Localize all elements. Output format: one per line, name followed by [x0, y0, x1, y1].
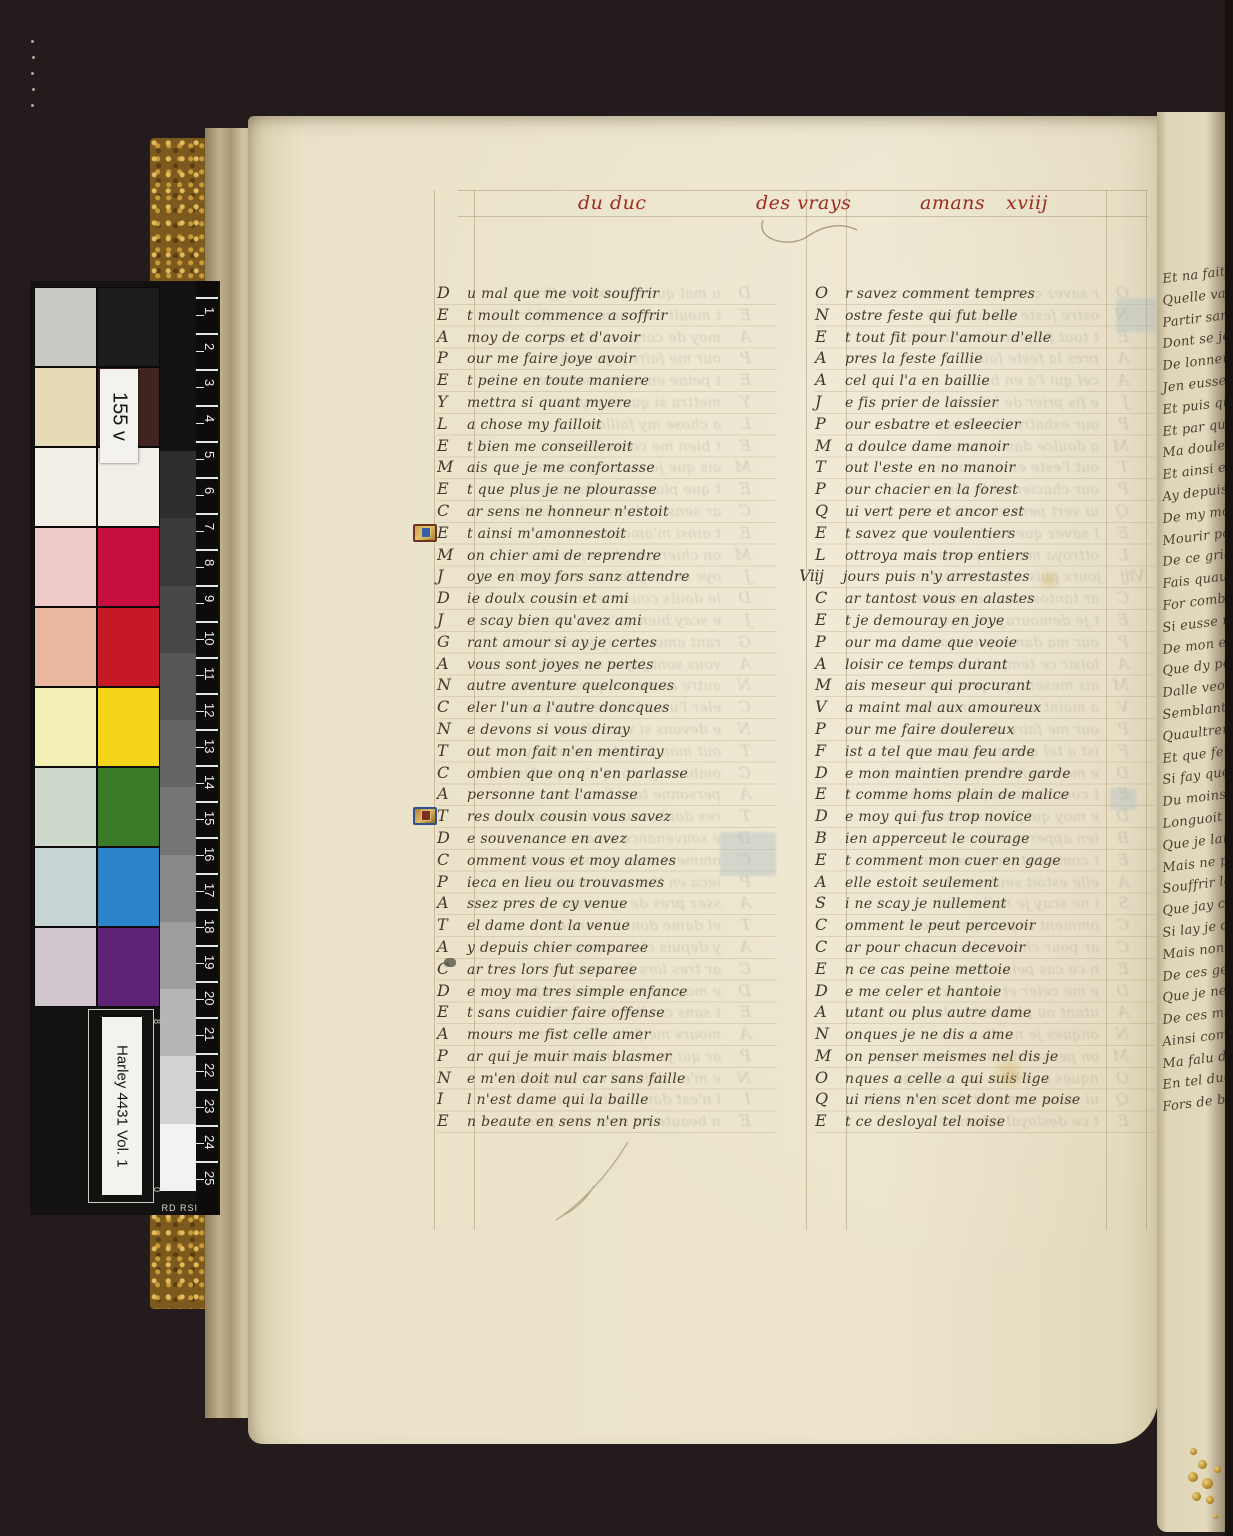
verse-line: Amours me fist celle amer: [437, 1024, 777, 1046]
verse-line: Et bien me conseilleroit: [437, 436, 777, 458]
verse-text: e me celer et hantoie: [845, 984, 1002, 1000]
verse-text: res doulx cousin vous savez: [467, 809, 671, 825]
versal-initial: T: [437, 741, 467, 760]
verse-text: mours me fist celle amer: [467, 1027, 651, 1043]
ruler-segment: 21: [196, 1017, 218, 1053]
verse-line: Ma doulce dame manoir: [815, 436, 1155, 458]
verse-line: Nautre aventure quelconques: [437, 675, 777, 697]
verse-line: Et je demouray en joye: [815, 610, 1155, 632]
verse-line: Tres doulx cousin vous savez: [437, 806, 777, 828]
repair-patch: [1116, 298, 1156, 332]
verse-line: Grant amour si ay je certes: [437, 632, 777, 654]
grayscale-step: [160, 922, 196, 989]
verse-text: e moy qui fus trop novice: [845, 809, 1032, 825]
verse-line: En beaute en sens n'en pris: [437, 1111, 777, 1133]
versal-initial: E: [815, 523, 845, 542]
gilt-dot: [1198, 1460, 1207, 1469]
verse-text: our chacier en la forest: [845, 482, 1018, 498]
color-patch: [97, 847, 160, 927]
versal-initial: T: [437, 806, 467, 825]
illuminated-initial: [413, 807, 437, 825]
versal-initial: D: [437, 981, 467, 1000]
versal-initial: Viij: [799, 566, 843, 585]
grayscale-step: [160, 451, 196, 518]
color-patch: [97, 927, 160, 1007]
gilt-dot: [1188, 1472, 1198, 1482]
versal-initial: C: [437, 959, 467, 978]
versal-initial: E: [815, 850, 845, 869]
verse-line: Lottroya mais trop entiers: [815, 545, 1155, 567]
verse-line: Viijjours puis n'y arrestastes: [815, 566, 1155, 588]
shelfmark-sticker: Harley 4431 Vol. 1: [102, 1017, 142, 1195]
versal-initial: C: [437, 501, 467, 520]
illuminated-initial: [413, 524, 437, 542]
verse-text: t bien me conseilleroit: [467, 439, 633, 455]
versal-initial: J: [437, 566, 467, 585]
versal-initial: Q: [815, 1089, 845, 1108]
color-patch-row: [34, 767, 160, 847]
verse-text: el dame dont la venue: [467, 918, 630, 934]
verse-line: Pour me faire doulereux: [815, 719, 1155, 741]
verse-text: t ce desloyal tel noise: [845, 1114, 1005, 1130]
versal-initial: N: [437, 675, 467, 694]
verse-line: Celer l'un a l'autre doncques: [437, 697, 777, 719]
grayscale-step: [160, 1056, 196, 1123]
ruler-segment: 18: [196, 909, 218, 945]
verse-text: ie doulx cousin et ami: [467, 591, 629, 607]
verse-text: i ne scay je nullement: [845, 896, 1007, 912]
ruler-segment: 2: [196, 333, 218, 369]
versal-initial: A: [437, 893, 467, 912]
next-folio-text-fragments: Et na fait etQuelle valouPartir sansDont…: [1163, 272, 1227, 1122]
gilt-dot: [1214, 1466, 1221, 1473]
versal-initial: A: [815, 654, 845, 673]
ruler-segment: 14: [196, 765, 218, 801]
versal-initial: E: [437, 436, 467, 455]
color-patch: [34, 367, 97, 447]
versal-initial: F: [815, 741, 845, 760]
versal-initial: T: [437, 915, 467, 934]
versal-initial: B: [815, 828, 845, 847]
repair-patch: [1110, 788, 1136, 810]
verse-line: Car sens ne honneur n'estoit: [437, 501, 777, 523]
versal-initial: P: [437, 348, 467, 367]
verse-line: Et sans cuidier faire offense: [437, 1002, 777, 1024]
versal-initial: V: [815, 697, 845, 716]
verse-line: Tel dame dont la venue: [437, 915, 777, 937]
versal-initial: Y: [437, 392, 467, 411]
versal-initial: A: [437, 784, 467, 803]
verse-text: e devons si vous diray: [467, 722, 630, 738]
verse-line: Qui riens n'en scet dont me poise: [815, 1089, 1155, 1111]
verse-line: Ne m'en doit nul car sans faille: [437, 1068, 777, 1090]
grayscale-step: [160, 720, 196, 787]
verse-line: Qui vert pere et ancor est: [815, 501, 1155, 523]
versal-initial: A: [815, 370, 845, 389]
versal-initial: C: [437, 850, 467, 869]
verse-text: moy de corps et d'avoir: [467, 330, 640, 346]
versal-initial: A: [437, 937, 467, 956]
versal-initial: A: [815, 348, 845, 367]
folio-sticker: 155 v: [100, 369, 138, 463]
versal-initial: M: [815, 436, 845, 455]
ruler-segment: 19: [196, 945, 218, 981]
verse-line: Pour ma dame que veoie: [815, 632, 1155, 654]
verse-line: Va maint mal aux amoureux: [815, 697, 1155, 719]
ruler-segment: 13: [196, 729, 218, 765]
color-calibration-bar: 1234567891011121314151617181920212223242…: [30, 281, 220, 1215]
versal-initial: C: [815, 937, 845, 956]
verse-line: Car pour chacun decevoir: [815, 937, 1155, 959]
repair-patch: [720, 832, 776, 876]
pen-flourish: [753, 212, 863, 252]
verse-text: our me faire doulereux: [845, 722, 1015, 738]
versal-initial: M: [815, 675, 845, 694]
color-patch: [34, 287, 97, 367]
verse-line: Mais que je me confortasse: [437, 457, 777, 479]
verse-text: pres la feste faillie: [845, 351, 983, 367]
color-patch: [34, 847, 97, 927]
verse-text: n beaute en sens n'en pris: [467, 1114, 661, 1130]
verse-text: t comme homs plain de malice: [845, 787, 1070, 803]
verse-line: Et comme homs plain de malice: [815, 784, 1155, 806]
film-mark: [31, 72, 34, 75]
versal-initial: E: [815, 1111, 845, 1130]
manuscript-page: du duc des vrays amans xviij Du mal que …: [248, 116, 1158, 1444]
gilt-dot: [1213, 1514, 1218, 1519]
verse-line: Car tres lors fut separee: [437, 959, 777, 981]
verse-text: ombien que onq n'en parlasse: [467, 766, 688, 782]
color-patch-row: [34, 687, 160, 767]
ruler-segment: 24: [196, 1125, 218, 1161]
verse-line: Tout mon fait n'en mentiray: [437, 741, 777, 763]
verse-text: our esbatre et esleecier: [845, 417, 1021, 433]
versal-initial: E: [437, 305, 467, 324]
ruler-segment: 3: [196, 369, 218, 405]
film-mark: [31, 104, 34, 107]
verse-line: Et tout fit pour l'amour d'elle: [815, 327, 1155, 349]
versal-initial: E: [815, 610, 845, 629]
gilt-dot: [1202, 1478, 1213, 1489]
verse-line: La chose my failloit: [437, 414, 777, 436]
verse-text: t ainsi m'amonnestoit: [467, 526, 626, 542]
verse-line: Apres la feste faillie: [815, 348, 1155, 370]
verse-line: De me celer et hantoie: [815, 981, 1155, 1003]
versal-initial: A: [437, 1024, 467, 1043]
color-patch: [34, 527, 97, 607]
versal-initial: D: [437, 283, 467, 302]
verse-line: Apersonne tant l'amasse: [437, 784, 777, 806]
ruler-segment: 25: [196, 1161, 218, 1197]
next-folio-edge: Et na fait etQuelle valouPartir sansDont…: [1157, 112, 1227, 1532]
verse-line: Combien que onq n'en parlasse: [437, 763, 777, 785]
verse-text: t tout fit pour l'amour d'elle: [845, 330, 1051, 346]
verse-line: Bien apperceut le courage: [815, 828, 1155, 850]
ruler-segment: 12: [196, 693, 218, 729]
verse-text: ar pour chacun decevoir: [845, 940, 1025, 956]
verse-line: Autant ou plus autre dame: [815, 1002, 1155, 1024]
verse-line: Nonques je ne dis a ame: [815, 1024, 1155, 1046]
color-patches: [34, 287, 160, 1007]
ruler-segment: 16: [196, 837, 218, 873]
verse-text: ais que je me confortasse: [467, 460, 655, 476]
verse-text: nques a celle a qui suis lige: [845, 1071, 1049, 1087]
verse-text: ieca en lieu ou trouvasmes: [467, 875, 665, 891]
ruler-segment: 7: [196, 513, 218, 549]
versal-initial: P: [815, 632, 845, 651]
ruling-line: [458, 190, 1148, 191]
verse-text: eler l'un a l'autre doncques: [467, 700, 670, 716]
verse-text: e fis prier de laissier: [845, 395, 998, 411]
versal-initial: P: [437, 872, 467, 891]
verse-line: Amoy de corps et d'avoir: [437, 327, 777, 349]
verse-line: Avous sont joyes ne pertes: [437, 654, 777, 676]
verse-text: omment le peut percevoir: [845, 918, 1036, 934]
verse-text: e m'en doit nul car sans faille: [467, 1071, 686, 1087]
verse-text: t moult commence a soffrir: [467, 308, 667, 324]
verse-text: t sans cuidier faire offense: [467, 1005, 665, 1021]
verse-line: Mon penser meismes nel dis je: [815, 1046, 1155, 1068]
verse-text: e scay bien qu'avez ami: [467, 613, 642, 629]
color-patch-row: [34, 367, 160, 447]
color-patch-row: [34, 447, 160, 527]
verse-text: t je demouray en joye: [845, 613, 1005, 629]
color-patch: [34, 687, 97, 767]
verse-line: Aelle estoit seulement: [815, 872, 1155, 894]
versal-initial: N: [437, 719, 467, 738]
verse-text: ottroya mais trop entiers: [845, 548, 1029, 564]
verse-text: out mon fait n'en mentiray: [467, 744, 664, 760]
verse-text: mettra si quant myere: [467, 395, 632, 411]
versal-initial: I: [437, 1089, 467, 1108]
film-mark: [32, 88, 35, 91]
ruler-scale: 1234567891011121314151617181920212223242…: [196, 281, 218, 1215]
verse-text: jours puis n'y arrestastes: [843, 569, 1030, 585]
verse-text: our me faire joye avoir: [467, 351, 635, 367]
verse-text: a doulce dame manoir: [845, 439, 1009, 455]
versal-initial: L: [815, 545, 845, 564]
verse-text: utant ou plus autre dame: [845, 1005, 1032, 1021]
color-patch: [34, 927, 97, 1007]
verse-text: t que plus je ne plourasse: [467, 482, 657, 498]
versal-initial: P: [815, 414, 845, 433]
verse-text: ar sens ne honneur n'estoit: [467, 504, 669, 520]
verse-text: ostre feste qui fut belle: [845, 308, 1018, 324]
verse-line: Fist a tel que mau feu arde: [815, 741, 1155, 763]
verse-line: Ay depuis chier comparee: [437, 937, 777, 959]
grayscale-step: [160, 855, 196, 922]
verse-line: Pour me faire joye avoir: [437, 348, 777, 370]
verse-text: elle estoit seulement: [845, 875, 999, 891]
running-title-amans: amans: [920, 192, 985, 214]
verse-line: De mon maintien prendre garde: [815, 763, 1155, 785]
color-patch: [34, 767, 97, 847]
color-patch: [97, 287, 160, 367]
grayscale-step: [160, 989, 196, 1056]
versal-initial: C: [815, 588, 845, 607]
versal-initial: Q: [815, 501, 845, 520]
versal-initial: E: [815, 327, 845, 346]
versal-initial: M: [815, 1046, 845, 1065]
verse-line: Du mal que me voit souffrir: [437, 283, 777, 305]
verse-text: e moy ma tres simple enfance: [467, 984, 688, 1000]
versal-initial: C: [815, 915, 845, 934]
color-patch-row: [34, 527, 160, 607]
versal-initial: J: [815, 392, 845, 411]
verse-text: rant amour si ay je certes: [467, 635, 657, 651]
versal-initial: A: [437, 327, 467, 346]
verse-line: Et peine en toute maniere: [437, 370, 777, 392]
running-title-du-duc: du duc: [578, 192, 646, 214]
versal-initial: E: [815, 959, 845, 978]
verse-line: Tout l'este en no manoir: [815, 457, 1155, 479]
verse-line: Ymettra si quant myere: [437, 392, 777, 414]
color-patch-row: [34, 607, 160, 687]
grayscale-step: [160, 653, 196, 720]
verse-text: omment vous et moy alames: [467, 853, 676, 869]
versal-initial: D: [437, 588, 467, 607]
versal-initial: D: [437, 828, 467, 847]
versal-initial: D: [815, 763, 845, 782]
color-patch-row: [34, 927, 160, 1007]
versal-initial: E: [437, 1002, 467, 1021]
versal-initial: E: [437, 523, 467, 542]
grayscale-strip: [160, 451, 196, 1191]
grayscale-step: [160, 518, 196, 585]
verse-text: out l'este en no manoir: [845, 460, 1015, 476]
verse-line: Aloisir ce temps durant: [815, 654, 1155, 676]
verse-text: on chier ami de reprendre: [467, 548, 661, 564]
verse-line: Et savez que voulentiers: [815, 523, 1155, 545]
versal-initial: O: [815, 1068, 845, 1087]
verse-text: y depuis chier comparee: [467, 940, 648, 956]
versal-initial: A: [437, 654, 467, 673]
verse-line: Par qui je muir mais blasmer: [437, 1046, 777, 1068]
versal-initial: E: [437, 479, 467, 498]
versal-initial: N: [815, 1024, 845, 1043]
ruler-segment: 22: [196, 1053, 218, 1089]
verse-text: t peine en toute maniere: [467, 373, 649, 389]
verse-line: Nostre feste qui fut belle: [815, 305, 1155, 327]
ruler-segment: 23: [196, 1089, 218, 1125]
verse-line: Onques a celle a qui suis lige: [815, 1068, 1155, 1090]
verse-text: ien apperceut le courage: [845, 831, 1030, 847]
color-patch-row: [34, 287, 160, 367]
verse-text: ui riens n'en scet dont me poise: [845, 1092, 1081, 1108]
color-patch: [97, 607, 160, 687]
verse-text: t savez que voulentiers: [845, 526, 1016, 542]
versal-initial: M: [437, 545, 467, 564]
color-patch: [97, 687, 160, 767]
verse-text: cel qui l'a en baillie: [845, 373, 990, 389]
verse-line: Die doulx cousin et ami: [437, 588, 777, 610]
film-mark: [31, 40, 34, 43]
verse-line: Je scay bien qu'avez ami: [437, 610, 777, 632]
verse-text: ui vert pere et ancor est: [845, 504, 1024, 520]
versal-initial: A: [815, 872, 845, 891]
gilt-dot: [1206, 1496, 1214, 1504]
versal-initial: E: [815, 784, 845, 803]
verse-line: Mon chier ami de reprendre: [437, 545, 777, 567]
grayscale-step: [160, 586, 196, 653]
verse-text: a chose my failloit: [467, 417, 602, 433]
ruler-segment: 6: [196, 477, 218, 513]
photo-backdrop-edge: [1225, 0, 1233, 1536]
ruler-segment: 15: [196, 801, 218, 837]
verse-text: ar tantost vous en alastes: [845, 591, 1035, 607]
verse-line: Ne devons si vous diray: [437, 719, 777, 741]
versal-initial: A: [815, 1002, 845, 1021]
versal-initial: N: [815, 305, 845, 324]
versal-initial: C: [437, 763, 467, 782]
verse-line: Joye en moy fors sanz attendre: [437, 566, 777, 588]
pen-flourish: [548, 1136, 668, 1226]
verse-text: n ce cas peine mettoie: [845, 962, 1011, 978]
verse-text: loisir ce temps durant: [845, 657, 1008, 673]
ruler-segment: 11: [196, 657, 218, 693]
verse-line: Et que plus je ne plourasse: [437, 479, 777, 501]
verse-text: r savez comment tempres: [845, 286, 1035, 302]
verse-line: Je fis prier de laissier: [815, 392, 1155, 414]
versal-initial: P: [437, 1046, 467, 1065]
verse-line: Et ce desloyal tel noise: [815, 1111, 1155, 1133]
verse-text: our ma dame que veoie: [845, 635, 1017, 651]
verse-text: t comment mon cuer en gage: [845, 853, 1061, 869]
ruler-segment: 4: [196, 405, 218, 441]
manuscript-photo: du duc des vrays amans xviij Du mal que …: [0, 0, 1233, 1536]
versal-initial: D: [815, 981, 845, 1000]
ruler-footer-label: RD RSI: [161, 1203, 198, 1213]
ruler-segment: 8: [196, 549, 218, 585]
color-patch: [97, 767, 160, 847]
verse-text: a maint mal aux amoureux: [845, 700, 1041, 716]
verse-line: Il n'est dame qui la baille: [437, 1089, 777, 1111]
verse-line: Et comment mon cuer en gage: [815, 850, 1155, 872]
versal-initial: C: [437, 697, 467, 716]
grayscale-step: [160, 787, 196, 854]
verse-line: En ce cas peine mettoie: [815, 959, 1155, 981]
gilt-dot: [1192, 1492, 1201, 1501]
versal-initial: T: [815, 457, 845, 476]
versal-initial: G: [437, 632, 467, 651]
verse-line: De moy ma tres simple enfance: [437, 981, 777, 1003]
grayscale-step: [160, 1124, 196, 1191]
color-patch: [97, 527, 160, 607]
ruler-segment: 20: [196, 981, 218, 1017]
verse-text: autre aventure quelconques: [467, 678, 674, 694]
ruler-segment: 1: [196, 297, 218, 333]
verse-line: Assez pres de cy venue: [437, 893, 777, 915]
verse-line: Pour chacier en la forest: [815, 479, 1155, 501]
verse-text: onques je ne dis a ame: [845, 1027, 1014, 1043]
verse-text: ais meseur qui procurant: [845, 678, 1031, 694]
versal-initial: N: [437, 1068, 467, 1087]
verse-text: vous sont joyes ne pertes: [467, 657, 654, 673]
film-mark: [32, 56, 35, 59]
verse-text: oye en moy fors sanz attendre: [467, 569, 690, 585]
verse-text: e mon maintien prendre garde: [845, 766, 1071, 782]
color-patch: [34, 607, 97, 687]
verse-text: on penser meismes nel dis je: [845, 1049, 1059, 1065]
gilt-dot: [1190, 1448, 1197, 1455]
verse-line: Et moult commence a soffrir: [437, 305, 777, 327]
ruler-segment: 9: [196, 585, 218, 621]
running-title-des-vrays: des vrays: [756, 192, 851, 214]
verse-text: e souvenance en avez: [467, 831, 627, 847]
verse-column-right: Or savez comment tempresNostre feste qui…: [815, 283, 1155, 1151]
versal-initial: J: [437, 610, 467, 629]
versal-initial: P: [815, 479, 845, 498]
